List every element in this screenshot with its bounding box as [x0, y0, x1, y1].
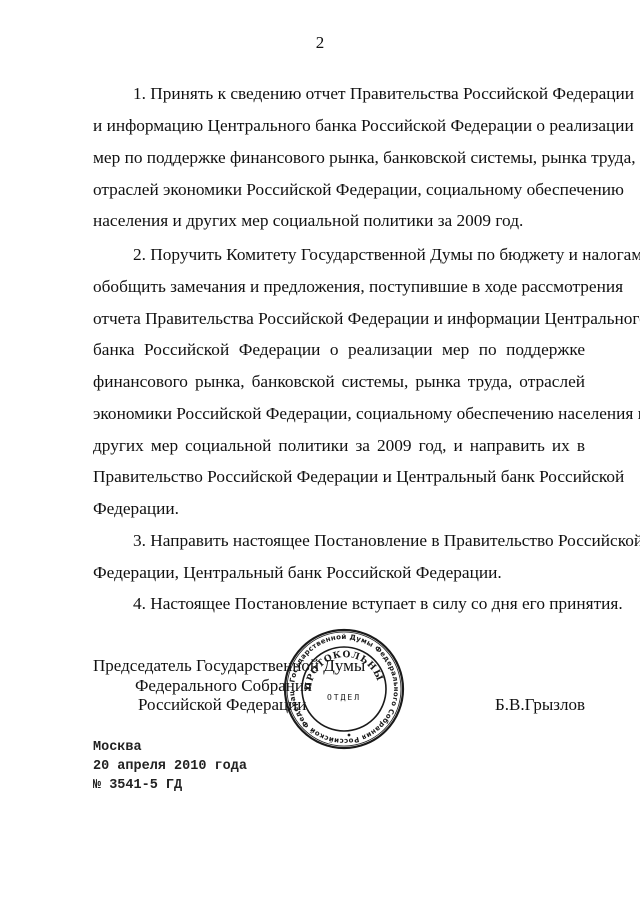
stamp-seal-icon: Государственной Думы Федерального Собран…	[283, 628, 405, 750]
svg-text:ОТДЕЛ: ОТДЕЛ	[327, 693, 361, 702]
issue-city: Москва	[93, 739, 142, 757]
page-number: 2	[0, 33, 640, 53]
document-page: 2 1. Принять к сведению отчет Правительс…	[0, 0, 640, 900]
signatory-title-line3: Российской Федерации	[138, 695, 306, 715]
paragraph-line: 4. Настоящее Постановление вступает в си…	[133, 593, 585, 615]
official-stamp: Государственной Думы Федерального Собран…	[283, 628, 405, 750]
paragraph-line: и информацию Центрального банка Российск…	[93, 115, 585, 137]
paragraph-line: отчета Правительства Российской Федераци…	[93, 308, 585, 330]
paragraph-line: 3. Направить настоящее Постановление в П…	[133, 530, 585, 552]
paragraph-line: других мер социальной политики за 2009 г…	[93, 435, 585, 457]
paragraph-line: финансового рынка, банковской системы, р…	[93, 371, 585, 393]
paragraph-line: Правительство Российской Федерации и Цен…	[93, 466, 585, 488]
issue-date: 20 апреля 2010 года	[93, 758, 247, 776]
paragraph-line: мер по поддержке финансового рынка, банк…	[93, 147, 585, 169]
paragraph-line: Федерации.	[93, 498, 585, 520]
paragraph-line: банка Российской Федерации о реализации …	[93, 339, 585, 361]
document-number: № 3541-5 ГД	[93, 777, 182, 795]
signatory-name: Б.В.Грызлов	[495, 695, 585, 715]
paragraph-line: Федерации, Центральный банк Российской Ф…	[93, 562, 585, 584]
paragraph-line: 1. Принять к сведению отчет Правительств…	[133, 83, 585, 105]
paragraph-line: населения и других мер социальной полити…	[93, 210, 585, 232]
paragraph-line: экономики Российской Федерации, социальн…	[93, 403, 585, 425]
paragraph-line: отраслей экономики Российской Федерации,…	[93, 179, 585, 201]
paragraph-line: обобщить замечания и предложения, поступ…	[93, 276, 585, 298]
paragraph-line: 2. Поручить Комитету Государственной Дум…	[133, 244, 585, 266]
